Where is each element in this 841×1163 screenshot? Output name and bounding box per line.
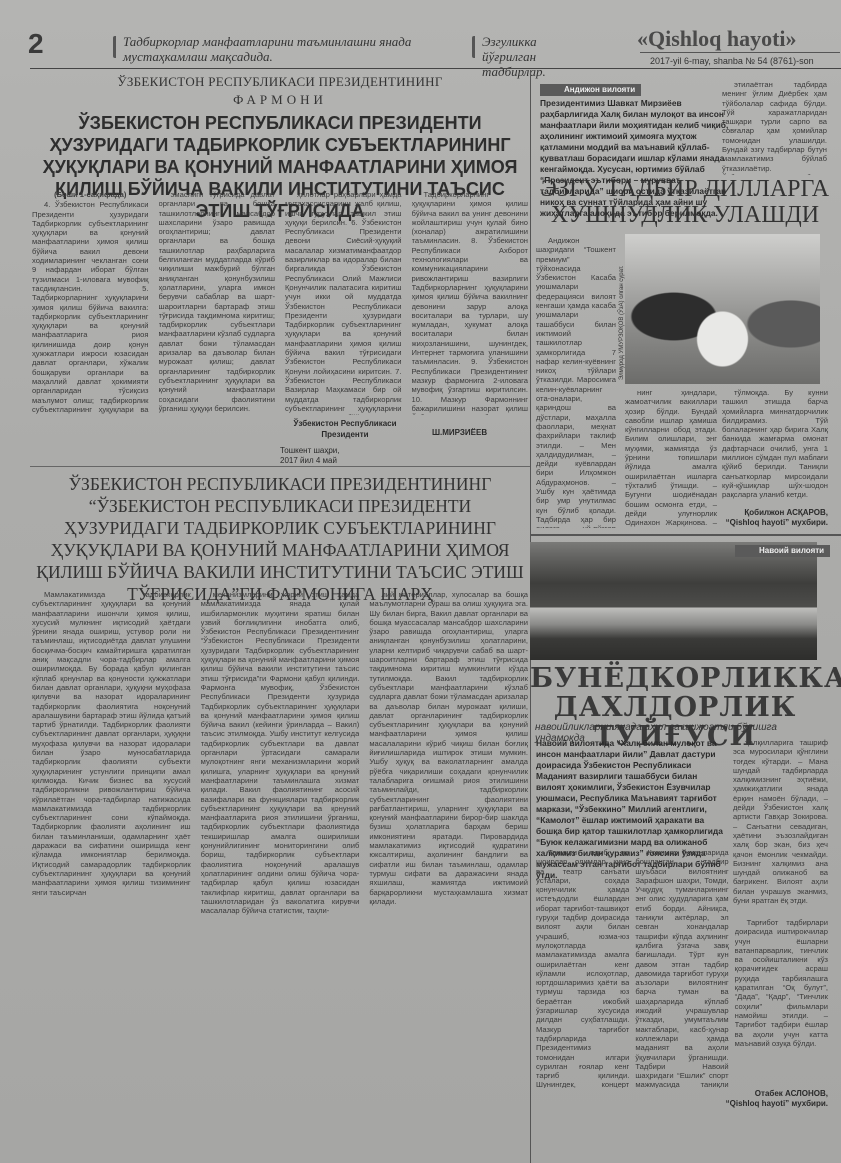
wedding-photo	[625, 234, 820, 384]
region-tag-andijan: Андижон вилояти	[540, 84, 641, 96]
signature-place: Тошкент шаҳри,	[280, 446, 530, 456]
decree-column-4: Тадбиркорларнинг ҳуқуқларини ҳимоя қилиш…	[412, 190, 529, 415]
stadium-photo	[530, 542, 817, 660]
decree-columns: (Боши 1-саҳифада) 4. Ўзбекистон Республи…	[32, 190, 528, 415]
article2-column-1: Таниқли адиб ва шоирлар, олимлар, кино в…	[536, 848, 629, 1088]
signature-date: 2017 йил 4 май	[280, 456, 530, 466]
commentary-title: ЎЗБЕКИСТОН РЕСПУБЛИКАСИ ПРЕЗИДЕНТИНИНГ “…	[30, 473, 530, 605]
commentary-columns: Мамлакатимизда тадбиркорлик субъектларин…	[32, 590, 528, 1130]
decree-signature: Ўзбекистон Республикаси Президенти Тошке…	[280, 418, 530, 466]
section-divider	[30, 466, 530, 467]
decree-kicker-2: ФАРМОНИ	[30, 92, 530, 108]
decree-column-1: (Боши 1-саҳифада) 4. Ўзбекистон Республи…	[32, 190, 149, 415]
article1-side-text: этилаётган тадбирда менинг ўғлим Диёрбек…	[722, 80, 827, 175]
commentary-column-1: Мамлакатимизда тадбиркорлик субъектларин…	[32, 590, 191, 1130]
signature-office: Ўзбекистон Республикаси Президенти	[280, 418, 410, 440]
continued-note: (Боши 1-саҳифада)	[32, 190, 149, 199]
bracket-icon	[113, 36, 118, 58]
issue-line: 2017-yil 6-may, shanba № 54 (8761)-son	[650, 56, 814, 66]
masthead: «Qishloq hayoti»	[637, 26, 797, 52]
teaser-left[interactable]: Тадбиркорлар манфаатларини таъминлашни я…	[123, 34, 423, 64]
article-divider	[531, 534, 841, 536]
header-rule	[30, 68, 841, 69]
commentary-column-3: лий материаллар, хулосалар ва бошқа маъл…	[369, 590, 528, 1130]
bracket-icon	[472, 36, 477, 58]
article1-column-1: Андижон шаҳридаги “Тошкент премиум” тўйх…	[536, 236, 616, 528]
article2-column-2: Конимех туманларида бошланган тадбир шуъ…	[635, 848, 728, 1088]
article1-byline: Қобилжон АСҚАРОВ, “Qishloq hayoti” мухби…	[720, 508, 828, 528]
article2-column-3: Тарғибот тадбирлари доирасида иштирокчил…	[735, 918, 828, 1088]
article2-columns: Таниқли адиб ва шоирлар, олимлар, кино в…	[536, 848, 828, 1088]
masthead-rule	[640, 52, 840, 53]
newspaper-page: 2 Тадбиркорлар манфаатларини таъминлашни…	[0, 0, 841, 1163]
article1-column-2: нинг ҳиндлари, жамоатчилик вакиллари ҳоз…	[625, 388, 717, 528]
page-number: 2	[28, 28, 44, 60]
decree-column-2: эмаслиги тўғрисида давлат органлари ва б…	[159, 190, 276, 415]
decree-kicker: ЎЗБЕКИСТОН РЕСПУБЛИКАСИ ПРЕЗИДЕНТИНИНГ	[30, 74, 530, 90]
article1-column-3: тўлмоқда. Бу кунни ташкил этишда барча ҳ…	[722, 388, 828, 506]
commentary-column-2: механизмларини жорий этиш ҳамда мамлакат…	[201, 590, 360, 1130]
article2-byline: Отабек АСЛОНОВ, “Qishloq hayoti” мухбири…	[720, 1089, 828, 1109]
teaser-right[interactable]: Эзгуликка йўғрилган тадбирлар.	[482, 34, 582, 79]
region-tag-navoiy: Навоий вилояти	[735, 545, 830, 557]
decree-column-3: ҳилотлар раҳбарлари ҳамда мутахассислари…	[285, 190, 402, 415]
article1-title: ЭЗГУ ТАДБИР ДИЛЛАРГА ХУШНУДЛИК УЛАШДИ	[540, 176, 830, 228]
page-header: 2 Тадбиркорлар манфаатларини таъминлашни…	[0, 0, 841, 70]
signature-name: Ш.МИРЗИЁЕВ	[432, 428, 487, 437]
